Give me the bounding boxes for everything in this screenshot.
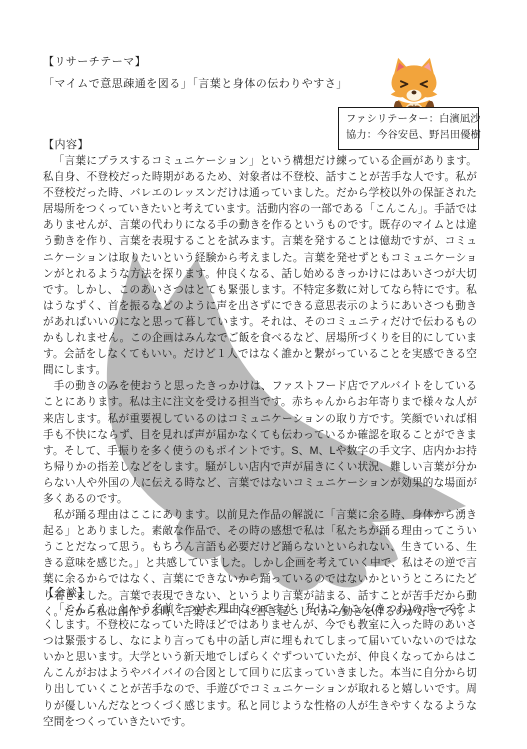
research-theme-heading: 【リサーチテーマ】 bbox=[43, 55, 343, 70]
content-section-heading: 【内容】 bbox=[43, 138, 89, 152]
fox-icon bbox=[386, 56, 442, 114]
content-section-body: 「言葉にプラスするコミュニケーション」という構想だけ練っている企画があります。私… bbox=[43, 153, 477, 620]
aside-section-heading: 【余談】 bbox=[43, 586, 89, 600]
credits-box: ファシリテーター：白濱凪沙 協力：今谷安邑、野呂田優樹 bbox=[338, 107, 479, 150]
document-content: 【リサーチテーマ】 「マイムで意思疎通を図る」「言葉と身体の伝わりやすさ」 ファ… bbox=[0, 0, 527, 749]
content-paragraph-2: 手の動きのみを使おうと思ったきっかけは、ファストフード店でアルバイトをしているこ… bbox=[43, 378, 477, 507]
document-page: { "document": { "research_theme": { "hea… bbox=[0, 0, 527, 749]
cooperation-names: 協力：今谷安邑、野呂田優樹 bbox=[346, 128, 472, 144]
aside-section-body: 「こんこん」という名前をつけた理由なのですが、私はこんこん(きつね)のポーズをよ… bbox=[43, 601, 477, 730]
aside-paragraph-1: 「こんこん」という名前をつけた理由なのですが、私はこんこん(きつね)のポーズをよ… bbox=[43, 601, 477, 730]
facilitator-name: ファシリテーター：白濱凪沙 bbox=[346, 112, 472, 128]
research-theme-subtitle: 「マイムで意思疎通を図る」「言葉と身体の伝わりやすさ」 bbox=[43, 77, 373, 92]
content-paragraph-1: 「言葉にプラスするコミュニケーション」という構想だけ練っている企画があります。私… bbox=[43, 153, 477, 378]
